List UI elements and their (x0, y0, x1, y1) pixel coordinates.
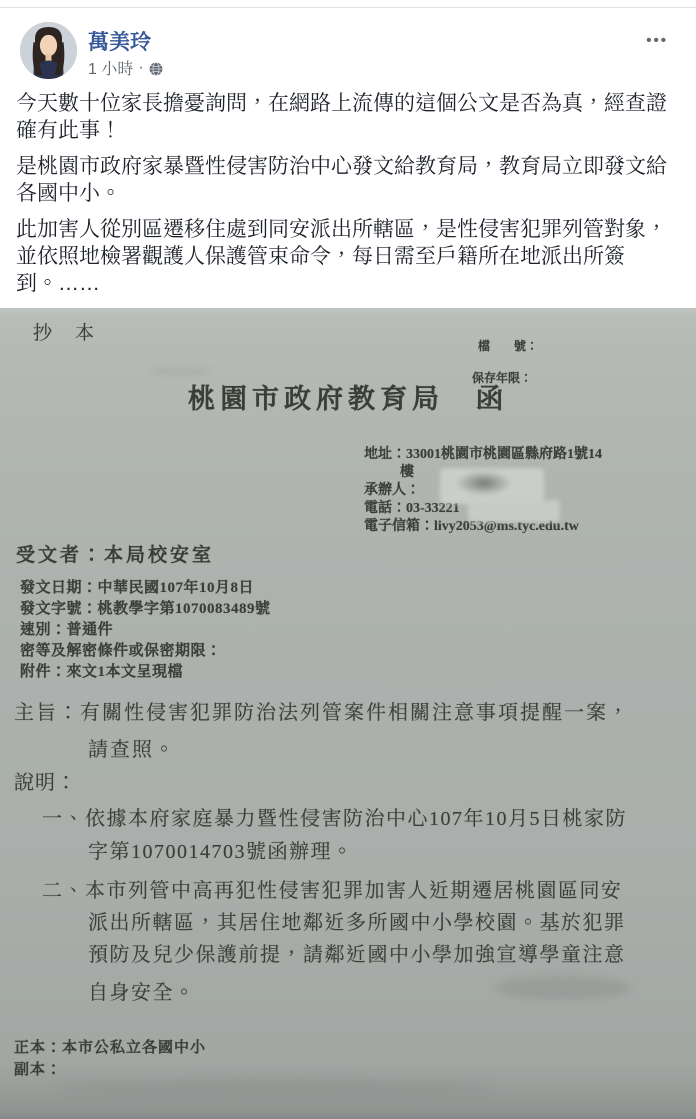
scan-smudge (150, 366, 210, 376)
doc-contact-label: 承辦人： (364, 479, 420, 499)
meta-separator: · (138, 59, 143, 77)
doc-item1-line: 字第1070014703號函辦理。 (88, 835, 354, 864)
doc-carbon-copy: 副本： (14, 1058, 62, 1079)
post-paragraph: 今天數十位家長擔憂詢問，在網路上流傳的這個公文是否為真，經查證確有此事！ (16, 90, 682, 144)
avatar-photo (20, 22, 77, 79)
post-header: 萬美玲 1 小時 · ••• (20, 22, 680, 80)
post-menu-button[interactable]: ••• (646, 32, 668, 49)
globe-privacy-icon (149, 62, 163, 76)
post-meta: 1 小時 · (88, 56, 163, 79)
attached-photo-document[interactable]: 抄 本 檔 號： 保存年限： 桃園市政府教育局 函 地址：33001桃園市桃園區… (0, 308, 696, 1119)
doc-attachment: 附件：來文1本文呈現檔 (20, 660, 183, 681)
doc-item2-line: 預防及兒少保護前提，請鄰近國中小學加強宣導學童注意 (88, 938, 626, 967)
doc-security-class: 密等及解密條件或保密期限： (20, 639, 222, 660)
doc-file-number-label: 檔 號： (478, 337, 538, 354)
post-paragraph: 是桃園市政府家暴暨性侵害防治中心發文給教育局，教育局立即發文給各國中小。 (16, 153, 682, 207)
facebook-post-page: 萬美玲 1 小時 · ••• 今天數十位家長擔憂詢問，在網路上流傳的這個公文是否… (0, 0, 696, 1119)
author-name[interactable]: 萬美玲 (88, 26, 151, 56)
doc-address-line2: 樓 (400, 461, 414, 481)
doc-subject-line: 請查照。 (88, 733, 176, 762)
card-top-divider (0, 7, 696, 8)
doc-item2-line: 自身安全。 (88, 976, 196, 1005)
doc-recipient: 受文者：本局校安室 (16, 540, 214, 567)
avatar[interactable] (20, 22, 77, 79)
timestamp[interactable]: 1 小時 (88, 56, 133, 79)
doc-issue-date: 發文日期：中華民國107年10月8日 (20, 576, 254, 597)
doc-item2-line: 派出所轄區，其居住地鄰近多所國中小學校園。基於犯罪 (88, 906, 626, 935)
doc-subject-line: 主旨：有關性侵害犯罪防治法列管案件相關注意事項提醒一案， (14, 696, 630, 725)
scan-smudge (60, 1080, 490, 1096)
doc-address-line1: 地址：33001桃園市桃園區縣府路1號14 (364, 443, 602, 463)
post-body: 今天數十位家長擔憂詢問，在網路上流傳的這個公文是否為真，經查證確有此事！ 是桃園… (16, 90, 682, 333)
doc-copy-stamp: 抄 本 (33, 318, 96, 345)
post-paragraph: 此加害人從別區遷移住處到同安派出所轄區，是性侵害犯罪列管對象，並依照地檢署觀護人… (16, 216, 682, 297)
doc-item2-line: 二、本市列管中高再犯性侵害犯罪加害人近期遷居桃園區同安 (42, 874, 623, 903)
doc-item1-line: 一、依據本府家庭暴力暨性侵害防治中心107年10月5日桃家防 (42, 802, 627, 831)
doc-speed-class: 速別：普通件 (20, 618, 113, 639)
doc-original-recipient: 正本：本市公私立各國中小 (14, 1036, 206, 1057)
doc-explanation-label: 說明： (14, 766, 77, 795)
scan-smudge (495, 976, 630, 1000)
redaction-blur-contact-name (440, 468, 544, 504)
doc-agency-title: 桃園市政府教育局 函 (23, 377, 673, 416)
doc-issue-number: 發文字號：桃教學字第1070083489號 (20, 597, 271, 618)
redaction-blur-phone-digits (468, 500, 560, 522)
